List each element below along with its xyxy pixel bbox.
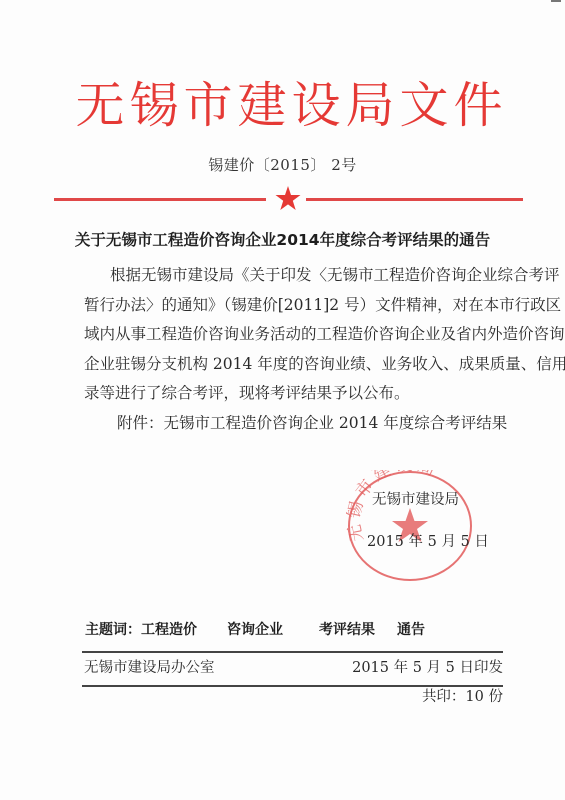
issuing-office: 无锡市建设局办公室 <box>84 658 215 678</box>
signing-date: 2015 年 5 月 5 日 <box>367 532 489 552</box>
body-line: 录等进行了综合考评，现将考评结果予以公布。 <box>84 379 504 409</box>
red-divider-right <box>306 198 523 201</box>
footer-divider-top <box>82 651 503 653</box>
body-line: 域内从事工程造价咨询业务活动的工程造价咨询企业及省内外造价咨询 <box>84 320 504 350</box>
keyword: 咨询企业 <box>227 620 283 640</box>
document-page: 无 锡 市 建 设 局 文 件 锡建价〔2015〕 2号 关于无锡市工程造价咨询… <box>0 0 565 800</box>
title-char: 无 <box>74 78 126 134</box>
notice-body: 根据无锡市建设局《关于印发〈无锡市工程造价咨询企业综合考评 暂行办法〉的通知》（… <box>84 261 504 409</box>
official-seal-icon: 无锡市建设局 <box>346 470 474 582</box>
body-line: 根据无锡市建设局《关于印发〈无锡市工程造价咨询企业综合考评 <box>84 261 504 291</box>
body-line: 暂行办法〉的通知》（锡建价[2011]2 号）文件精神，对在本市行政区 <box>84 291 504 321</box>
attachment-line: 附件：无锡市工程造价咨询企业 2014 年度综合考评结果 <box>117 412 507 434</box>
signing-organization: 无锡市建设局 <box>372 490 459 510</box>
title-char: 市 <box>182 78 234 134</box>
title-char: 设 <box>290 78 342 134</box>
red-star-icon <box>275 185 301 211</box>
copies-count: 共印：10 份 <box>422 687 503 707</box>
keyword: 通告 <box>397 620 425 640</box>
document-number: 锡建价〔2015〕 2号 <box>0 155 565 175</box>
keyword: 工程造价 <box>141 620 197 640</box>
issue-date: 2015 年 5 月 5 日印发 <box>352 658 503 678</box>
title-char: 锡 <box>128 78 180 134</box>
keywords-label: 主题词： <box>85 620 141 640</box>
keywords-row: 主题词：工程造价咨询企业考评结果通告 <box>85 620 425 640</box>
title-char: 建 <box>236 78 288 134</box>
scan-artifact <box>551 0 561 2</box>
keyword: 考评结果 <box>319 620 375 640</box>
document-title: 无 锡 市 建 设 局 文 件 <box>74 78 504 134</box>
red-divider-left <box>54 198 266 201</box>
title-char: 局 <box>344 78 396 134</box>
body-line: 企业驻锡分支机构 2014 年度的咨询业绩、业务收入、成果质量、信用记 <box>84 350 504 380</box>
title-char: 文 <box>398 78 450 134</box>
title-char: 件 <box>452 78 504 134</box>
notice-heading: 关于无锡市工程造价咨询企业2014年度综合考评结果的通告 <box>0 229 565 251</box>
